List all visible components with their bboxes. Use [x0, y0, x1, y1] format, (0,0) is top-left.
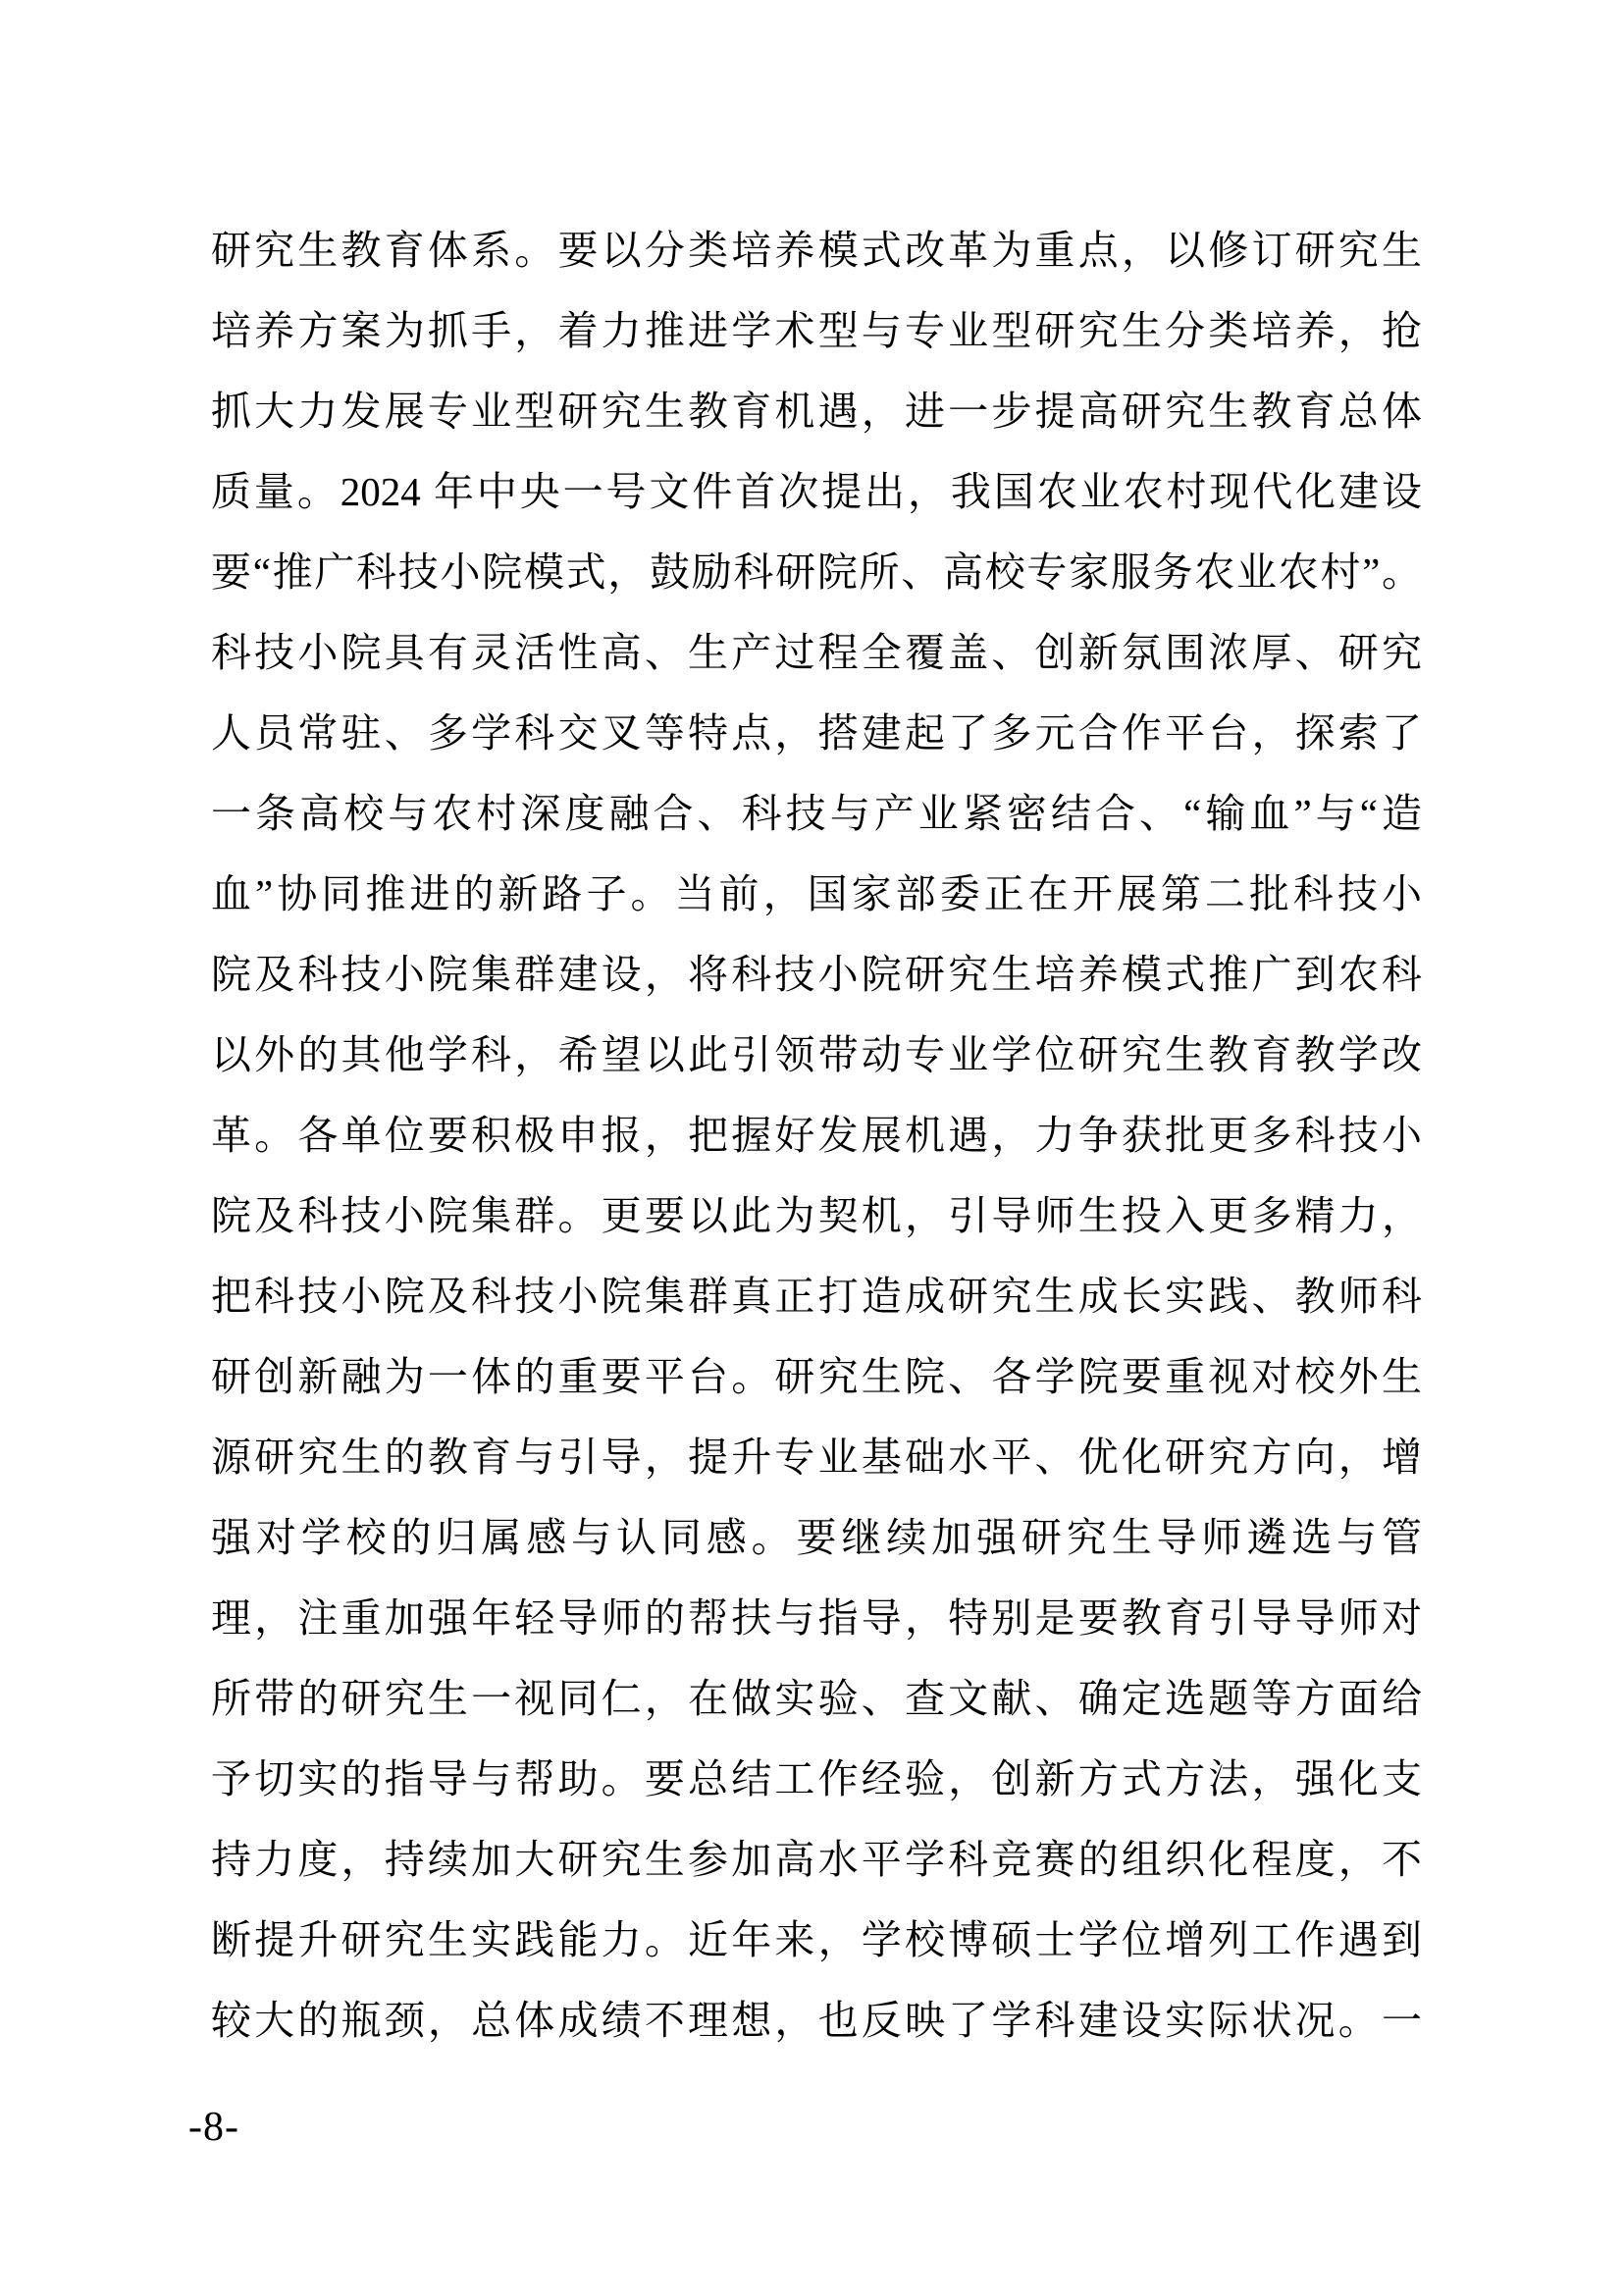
text-line-1: 研究生教育体系。要以分类培养模式改革为重点，以修订研究生	[211, 210, 1422, 290]
text-line-20: 予切实的指导与帮助。要总结工作经验，创新方式方法，强化支	[211, 1739, 1422, 1819]
text-line-12: 革。各单位要积极申报，把握好发展机遇，力争获批更多科技小	[211, 1095, 1422, 1175]
text-line-19: 所带的研究生一视同仁，在做实验、查文献、确定选题等方面给	[211, 1658, 1422, 1739]
text-line-15: 研创新融为一体的重要平台。研究生院、各学院要重视对校外生	[211, 1336, 1422, 1417]
text-line-5: 要“推广科技小院模式，鼓励科研院所、高校专家服务农业农村”。	[211, 532, 1422, 612]
page-number: -8-	[188, 2107, 239, 2148]
text-line-14: 把科技小院及科技小院集群真正打造成研究生成长实践、教师科	[211, 1256, 1422, 1336]
text-line-8: 一条高校与农村深度融合、科技与产业紧密结合、“输血”与“造	[211, 773, 1422, 854]
text-line-23: 较大的瓶颈，总体成绩不理想，也反映了学科建设实际状况。一	[211, 1980, 1422, 2061]
text-line-11: 以外的其他学科，希望以此引领带动专业学位研究生教育教学改	[211, 1015, 1422, 1095]
text-line-17: 强对学校的归属感与认同感。要继续加强研究生导师遴选与管	[211, 1497, 1422, 1578]
document-body-text: 研究生教育体系。要以分类培养模式改革为重点，以修订研究生 培养方案为抓手，着力推…	[211, 210, 1422, 2061]
text-line-18: 理，注重加强年轻导师的帮扶与指导，特别是要教育引导导师对	[211, 1578, 1422, 1658]
text-line-9: 血”协同推进的新路子。当前，国家部委正在开展第二批科技小	[211, 854, 1422, 934]
text-line-22: 断提升研究生实践能力。近年来，学校博硕士学位增列工作遇到	[211, 1900, 1422, 1980]
text-line-13: 院及科技小院集群。更要以此为契机，引导师生投入更多精力，	[211, 1175, 1422, 1256]
text-line-3: 抓大力发展专业型研究生教育机遇，进一步提高研究生教育总体	[211, 371, 1422, 451]
text-line-10: 院及科技小院集群建设，将科技小院研究生培养模式推广到农科	[211, 934, 1422, 1015]
text-line-21: 持力度，持续加大研究生参加高水平学科竞赛的组织化程度，不	[211, 1819, 1422, 1900]
document-page: 研究生教育体系。要以分类培养模式改革为重点，以修订研究生 培养方案为抓手，着力推…	[0, 0, 1624, 2296]
text-line-6: 科技小院具有灵活性高、生产过程全覆盖、创新氛围浓厚、研究	[211, 612, 1422, 693]
text-line-4: 质量。2024 年中央一号文件首次提出，我国农业农村现代化建设	[211, 451, 1422, 532]
text-line-2: 培养方案为抓手，着力推进学术型与专业型研究生分类培养，抢	[211, 290, 1422, 371]
text-line-16: 源研究生的教育与引导，提升专业基础水平、优化研究方向，增	[211, 1417, 1422, 1497]
text-line-7: 人员常驻、多学科交叉等特点，搭建起了多元合作平台，探索了	[211, 693, 1422, 773]
